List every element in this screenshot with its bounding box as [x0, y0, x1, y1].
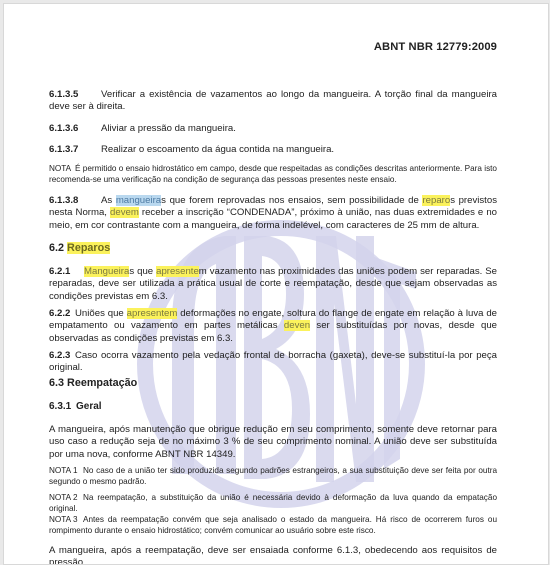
note: NOTAÉ permitido o ensaio hidrostático em… — [49, 163, 497, 186]
clause-number: 6.2.2 — [49, 308, 75, 320]
clause-text: Verificar a existência de vazamentos ao … — [49, 89, 497, 112]
document-page: ABNT NBR 12779:2009 6.1.3.5Verificar a e… — [3, 3, 549, 550]
note-text: É permitido o ensaio hidrostático em cam… — [49, 164, 497, 184]
section-heading-6-3: 6.3 Reempatação — [49, 377, 497, 389]
note-3: NOTA 3Antes da reempatação convém que se… — [49, 514, 497, 537]
clause-text: Uniões que — [75, 308, 127, 319]
highlight-yellow[interactable]: deven — [284, 320, 310, 331]
clause-number: 6.2.1 — [49, 266, 84, 278]
clause-6-2-3: 6.2.3Caso ocorra vazamento pela vedação … — [49, 350, 497, 375]
clause-number: 6.2.3 — [49, 350, 75, 362]
clause-text: Caso ocorra vazamento pela vedação front… — [49, 350, 497, 373]
document-id-header: ABNT NBR 12779:2009 — [374, 41, 497, 53]
clause-6-1-3-8: 6.1.3.8As mangueiras que forem reprovada… — [49, 195, 497, 232]
clause-6-2-1: 6.2.1Mangueiras que apresentem vazamento… — [49, 266, 497, 303]
clause-text: s que — [129, 266, 156, 277]
paragraph-6-3-1: A mangueira, após manutenção que obrigue… — [49, 424, 497, 461]
heading-number: 6.3 — [49, 377, 64, 389]
note-label: NOTA 1 — [49, 465, 83, 476]
clause-number: 6.1.3.8 — [49, 195, 101, 207]
clause-6-2-2: 6.2.2Uniões que apresentem deformações n… — [49, 308, 497, 345]
note-text: Antes da reempatação convém que seja ana… — [49, 515, 497, 535]
highlight-blue[interactable]: mangueira — [116, 195, 161, 206]
note-text: Na reempatação, a substituição da união … — [49, 493, 497, 513]
highlight-yellow[interactable]: Mangueira — [84, 266, 129, 277]
highlight-yellow[interactable]: apresentem — [127, 308, 178, 319]
clause-6-1-3-5: 6.1.3.5Verificar a existência de vazamen… — [49, 89, 497, 114]
note-text: No caso de a união ter sido produzida se… — [49, 466, 497, 486]
note-label: NOTA 2 — [49, 492, 83, 503]
clause-text: As — [101, 195, 116, 206]
clause-number: 6.1.3.5 — [49, 89, 101, 101]
clause-text: Aliviar a pressão da mangueira. — [101, 123, 236, 134]
clause-text: Realizar o escoamento da água contida na… — [101, 144, 334, 155]
heading-title: Geral — [76, 401, 102, 412]
note-label: NOTA — [49, 163, 75, 174]
paragraph-cut-off: A mangueira, após a reempatação, deve se… — [49, 545, 497, 550]
subsection-heading-6-3-1: 6.3.1Geral — [49, 401, 497, 413]
highlight-yellow[interactable]: reparo — [422, 195, 450, 206]
highlight-yellow[interactable]: devem — [110, 207, 139, 218]
clause-6-1-3-7: 6.1.3.7Realizar o escoamento da água con… — [49, 144, 497, 156]
note-2: NOTA 2Na reempatação, a substituição da … — [49, 492, 497, 515]
heading-number: 6.3.1 — [49, 401, 76, 413]
heading-title-highlighted[interactable]: Reparos — [67, 242, 110, 254]
clause-number: 6.1.3.7 — [49, 144, 101, 156]
heading-title: Reempatação — [67, 377, 137, 389]
heading-number: 6.2 — [49, 242, 64, 254]
note-label: NOTA 3 — [49, 514, 83, 525]
highlight-yellow[interactable]: apresente — [156, 266, 199, 277]
clause-number: 6.1.3.6 — [49, 123, 101, 135]
section-heading-6-2: 6.2 Reparos — [49, 242, 497, 254]
note-1: NOTA 1No caso de a união ter sido produz… — [49, 465, 497, 488]
clause-6-1-3-6: 6.1.3.6Aliviar a pressão da mangueira. — [49, 123, 497, 135]
clause-text: s que forem reprovadas nos ensaios, sem … — [161, 195, 422, 206]
